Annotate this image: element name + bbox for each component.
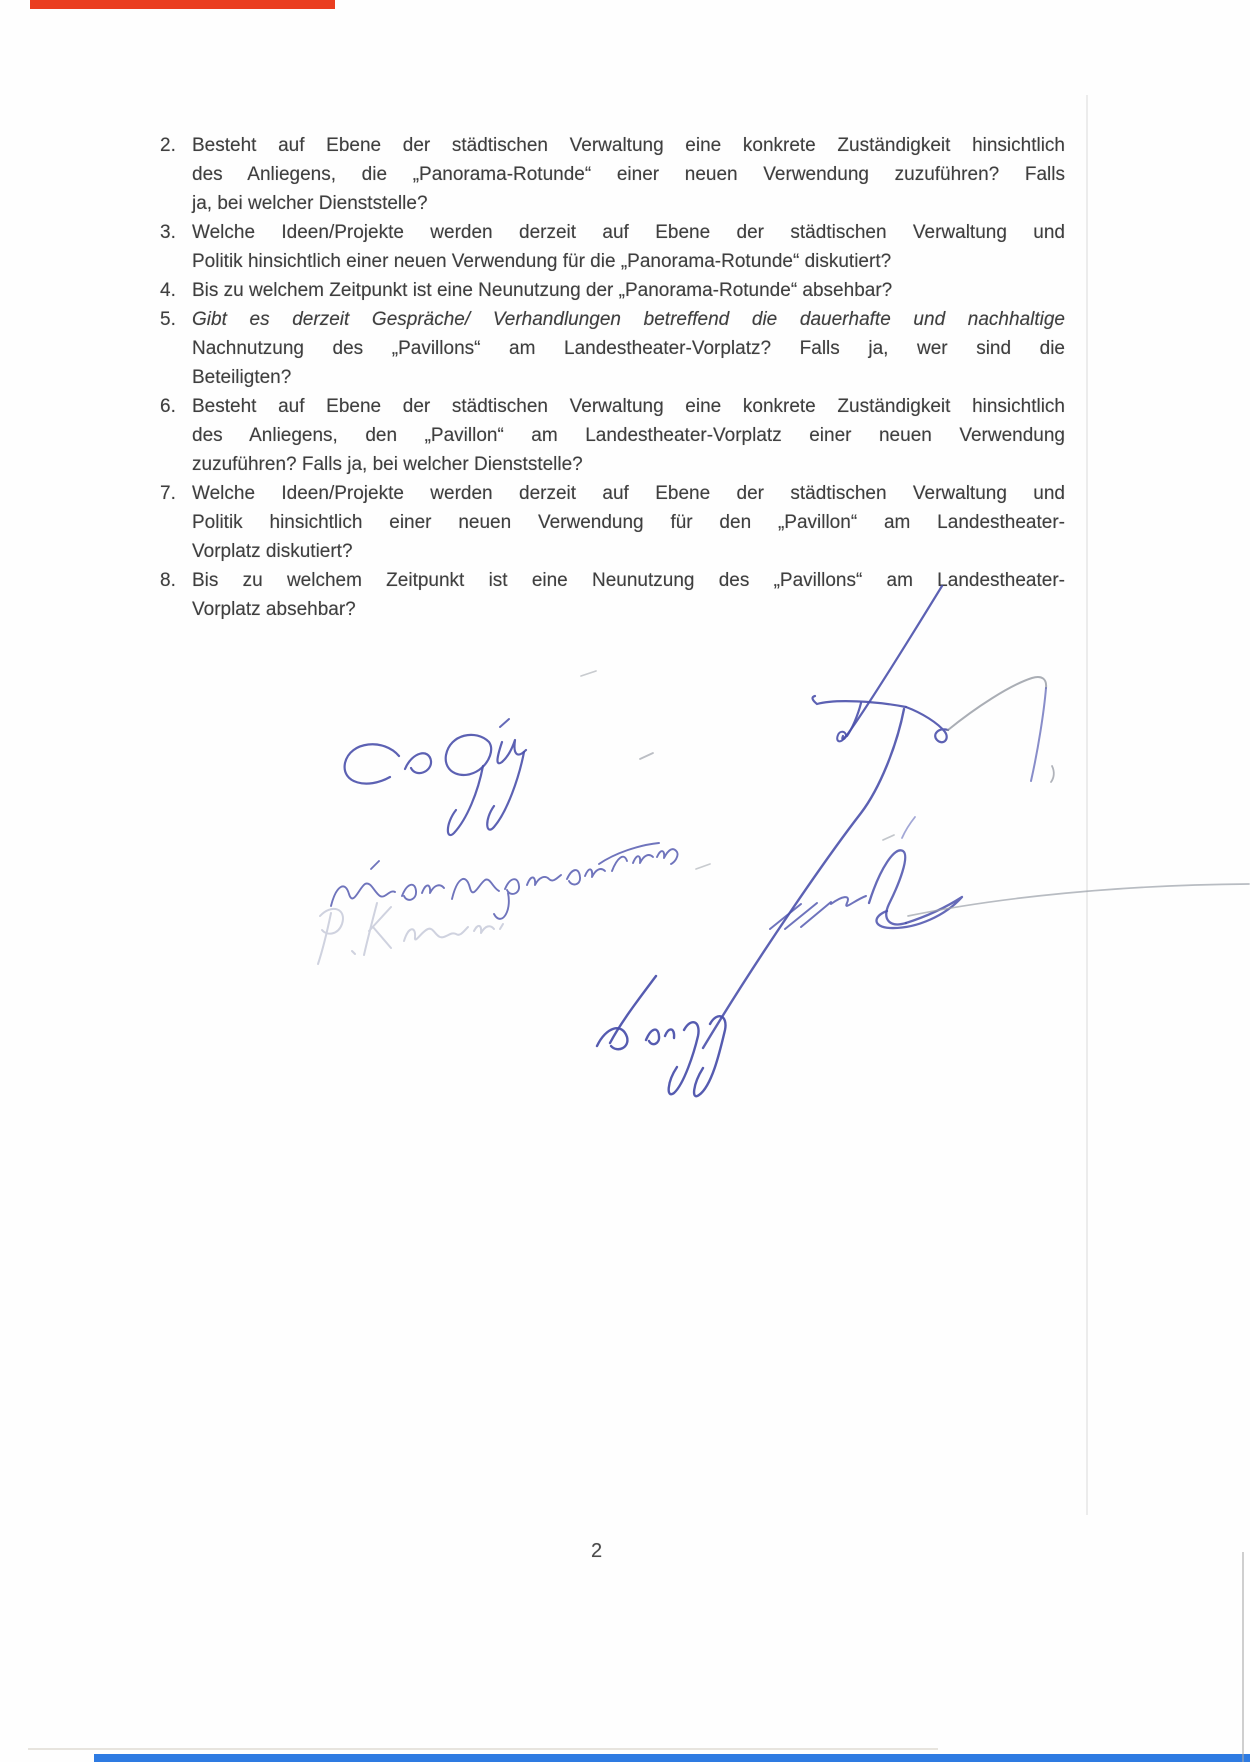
sig-paraph-vhook [847,703,861,736]
sig-paraph-horizontal [813,696,906,707]
question-line: des Anliegens, die „Panorama-Rotunde“ ei… [192,160,1065,189]
sig-paraph-sweep [948,677,1046,730]
question-text: Gibt es derzeit Gespräche/ Verhandlungen… [192,305,1065,392]
page-number: 2 [160,1540,1033,1563]
question-line: Beteiligten? [192,363,1065,392]
question-line: Nachnutzung des „Pavillons“ am Landesthe… [192,334,1065,363]
question-number: 3. [160,218,192,276]
sig-klann-rest [404,924,503,941]
scan-artifact-top-red-bar [30,0,335,9]
sig-stray-dash2 [640,753,653,759]
question-text: Welche Ideen/Projekte werden derzeit auf… [192,218,1065,276]
sig-maria-1 [331,883,395,906]
sig-stugg-tu [597,1028,627,1049]
question-text: Bis zu welchem Zeitpunkt ist eine Neunut… [192,566,1065,624]
question-number: 2. [160,131,192,218]
sig-paraph-qcurve [1031,688,1046,781]
question-text: Besteht auf Ebene der städtischen Verwal… [192,131,1065,218]
sig-mid-dash2 [696,864,710,869]
sig-klann-dot [352,951,355,954]
question-line: Gibt es derzeit Gespräche/ Verhandlungen… [192,305,1065,334]
question-number: 8. [160,566,192,624]
sig-stugg-g2 [694,1016,725,1096]
sig-deguy-d [345,744,399,783]
sig-mid-curl [876,897,962,928]
sig-maria-accent [371,861,379,869]
question-line: Politik hinsichtlich einer neuen Verwend… [192,247,1065,276]
question-item-3: 3. Welche Ideen/Projekte werden derzeit … [160,218,1065,276]
sig-deguy-accent [500,719,509,727]
question-line: ja, bei welcher Dienststelle? [192,189,1065,218]
sig-deguy-ydesc [487,752,524,830]
question-item-8: 8. Bis zu welchem Zeitpunkt ist eine Neu… [160,566,1065,624]
question-line: Besteht auf Ebene der städtischen Verwal… [192,392,1065,421]
scan-artifact-bottom-blue-bar [94,1754,1250,1762]
sig-klann-p [318,909,343,964]
sig-deguy-qtail [448,766,483,835]
sig-mid-wave [831,896,866,906]
sig-paraph-descender [703,709,904,1048]
question-list: 2. Besteht auf Ebene der städtischen Ver… [160,131,1065,624]
sig-klann-k [364,903,391,955]
question-line: zuzuführen? Falls ja, bei welcher Dienst… [192,450,1065,479]
question-item-5: 5. Gibt es derzeit Gespräche/ Verhandlun… [160,305,1065,392]
sig-trundl [599,843,678,871]
sig-stugg-u [646,1029,674,1044]
question-line: Politik hinsichtlich einer neuen Verwend… [192,508,1065,537]
question-number: 4. [160,276,192,305]
sig-magdalena [452,869,605,919]
sig-mid-tick [902,817,915,838]
scan-artifact-right-edge-line [1242,1552,1244,1762]
sig-stugg-g1 [669,1022,699,1094]
question-text: Bis zu welchem Zeitpunkt ist eine Neunut… [192,276,1065,305]
question-item-7: 7. Welche Ideen/Projekte werden derzeit … [160,479,1065,566]
sig-paraph-knot [837,732,846,742]
question-line: Bis zu welchem Zeitpunkt ist eine Neunut… [192,566,1065,595]
question-item-6: 6. Besteht auf Ebene der städtischen Ver… [160,392,1065,479]
question-line: Welche Ideen/Projekte werden derzeit auf… [192,479,1065,508]
sig-stugg-slash [610,976,656,1043]
sig-stray-dash1 [581,671,596,676]
sig-mid-ascender [869,850,906,924]
sig-paraph-tick [1051,766,1054,782]
question-line: Besteht auf Ebene der städtischen Verwal… [192,131,1065,160]
sig-mid-tail [908,884,1249,916]
question-text: Welche Ideen/Projekte werden derzeit auf… [192,479,1065,566]
question-text: Besteht auf Ebene der städtischen Verwal… [192,392,1065,479]
scan-artifact-bottom-gray-line [28,1748,938,1750]
question-line: Bis zu welchem Zeitpunkt ist eine Neunut… [192,276,1065,305]
question-item-2: 2. Besteht auf Ebene der städtischen Ver… [160,131,1065,218]
question-line: Welche Ideen/Projekte werden derzeit auf… [192,218,1065,247]
sig-mid-dash1 [883,835,894,840]
question-number: 6. [160,392,192,479]
question-line: des Anliegens, den „Pavillon“ am Landest… [192,421,1065,450]
question-number: 7. [160,479,192,566]
sig-deguy-e [405,753,431,773]
sig-deguy-q [446,735,491,775]
sig-maria-2 [402,885,444,900]
sig-paraph-loop [906,707,948,742]
question-line: Vorplatz absehbar? [192,595,1065,624]
scan-artifact-right-line [1086,95,1088,1515]
question-item-4: 4. Bis zu welchem Zeitpunkt ist eine Neu… [160,276,1065,305]
scanned-document-page: 2. Besteht auf Ebene der städtischen Ver… [0,0,1250,1762]
question-number: 5. [160,305,192,392]
question-line: Vorplatz diskutiert? [192,537,1065,566]
sig-mid-hatch [770,902,831,929]
sig-deguy-uy [497,740,526,763]
